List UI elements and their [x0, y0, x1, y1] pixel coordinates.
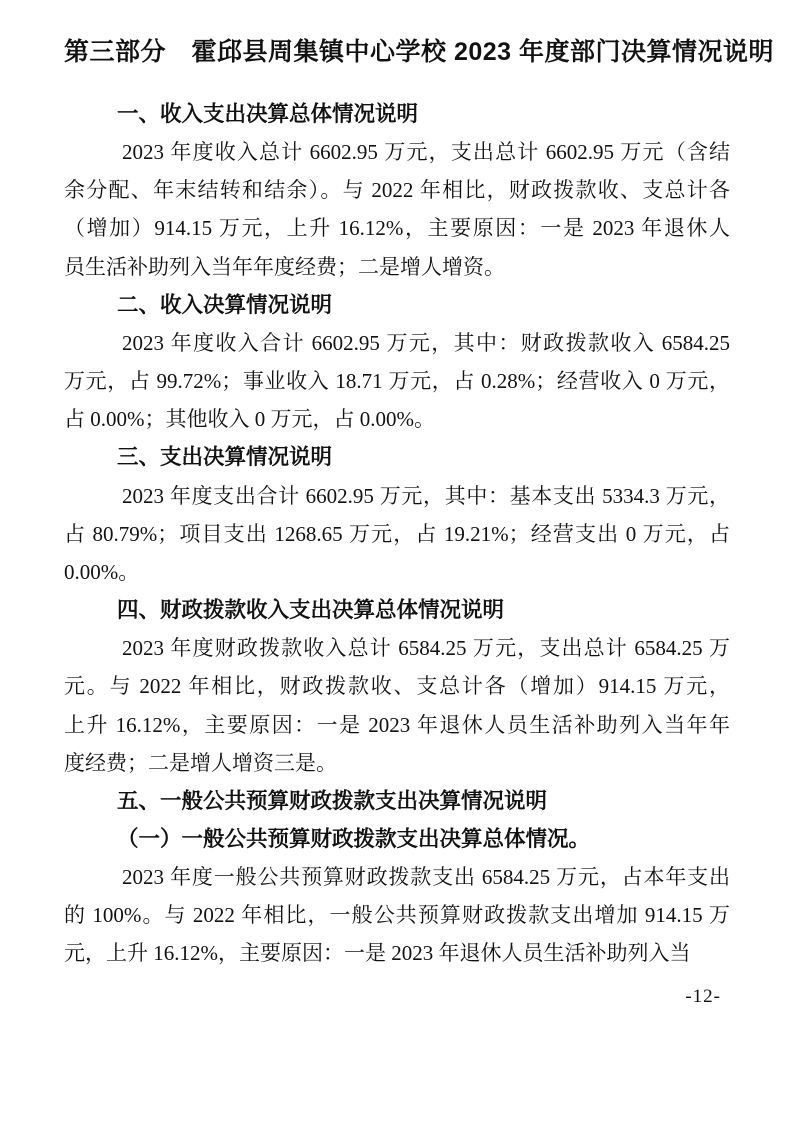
section-5-subheading: （一）一般公共预算财政拨款支出决算总体情况。 [64, 820, 730, 858]
document-body: 一、收入支出决算总体情况说明 2023 年度收入总计 6602.95 万元，支出… [64, 95, 730, 973]
section-public-budget-expenditure: 五、一般公共预算财政拨款支出决算情况说明 （一）一般公共预算财政拨款支出决算总体… [64, 782, 730, 973]
paragraph-line: 上升 16.12%，主要原因：一是 2023 年退休人员生活补助列入当年年 [64, 706, 730, 744]
paragraph-line: 2023 年度财政拨款收入总计 6584.25 万元，支出总计 6584.25 … [64, 629, 730, 667]
paragraph-line: 元。与 2022 年相比，财政拨款收、支总计各（增加）914.15 万元， [64, 667, 730, 705]
paragraph-line: 元，上升 16.12%，主要原因：一是 2023 年退休人员生活补助列入当 [64, 934, 730, 972]
section-2-heading: 二、收入决算情况说明 [64, 286, 730, 324]
paragraph-line: 万元，占 99.72%；事业收入 18.71 万元，占 0.28%；经营收入 0… [64, 362, 730, 400]
section-1-heading: 一、收入支出决算总体情况说明 [64, 95, 730, 133]
page-number: -12- [685, 986, 721, 1008]
paragraph-line: 度经费；二是增人增资三是。 [64, 744, 730, 782]
section-income-expenditure-overview: 一、收入支出决算总体情况说明 2023 年度收入总计 6602.95 万元，支出… [64, 95, 730, 286]
paragraph-line: 0.00%。 [64, 553, 730, 591]
paragraph-line: 员生活补助列入当年年度经费；二是增人增资。 [64, 248, 730, 286]
paragraph-line: （增加）914.15 万元，上升 16.12%，主要原因：一是 2023 年退休… [64, 209, 730, 247]
paragraph-line: 2023 年度一般公共预算财政拨款支出 6584.25 万元，占本年支出 [64, 858, 730, 896]
document-page: 第三部分 霍邱县周集镇中心学校 2023 年度部门决算情况说明 一、收入支出决算… [0, 0, 793, 1122]
paragraph-line: 占 0.00%；其他收入 0 万元，占 0.00%。 [64, 400, 730, 438]
paragraph-line: 2023 年度收入总计 6602.95 万元，支出总计 6602.95 万元（含… [64, 133, 730, 171]
section-fiscal-appropriation-overview: 四、财政拨款收入支出决算总体情况说明 2023 年度财政拨款收入总计 6584.… [64, 591, 730, 782]
paragraph-line: 2023 年度支出合计 6602.95 万元，其中：基本支出 5334.3 万元… [64, 477, 730, 515]
section-expenditure-statement: 三、支出决算情况说明 2023 年度支出合计 6602.95 万元，其中：基本支… [64, 438, 730, 591]
paragraph-line: 2023 年度收入合计 6602.95 万元，其中：财政拨款收入 6584.25 [64, 324, 730, 362]
paragraph-line: 的 100%。与 2022 年相比，一般公共预算财政拨款支出增加 914.15 … [64, 896, 730, 934]
paragraph-line: 占 80.79%；项目支出 1268.65 万元，占 19.21%；经营支出 0… [64, 515, 730, 553]
paragraph-line: 余分配、年末结转和结余）。与 2022 年相比，财政拨款收、支总计各 [64, 171, 730, 209]
document-title: 第三部分 霍邱县周集镇中心学校 2023 年度部门决算情况说明 [64, 36, 730, 68]
section-3-heading: 三、支出决算情况说明 [64, 438, 730, 476]
section-5-heading: 五、一般公共预算财政拨款支出决算情况说明 [64, 782, 730, 820]
section-4-heading: 四、财政拨款收入支出决算总体情况说明 [64, 591, 730, 629]
section-income-statement: 二、收入决算情况说明 2023 年度收入合计 6602.95 万元，其中：财政拨… [64, 286, 730, 439]
